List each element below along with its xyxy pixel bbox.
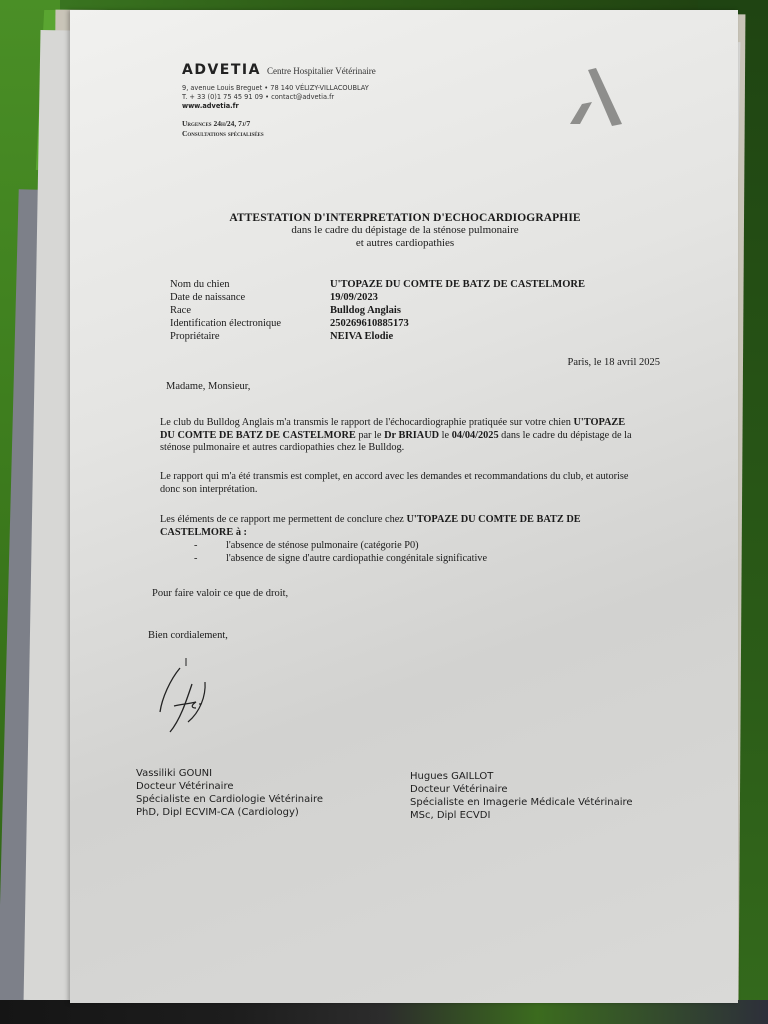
greeting: Madame, Monsieur, xyxy=(166,381,250,392)
handwritten-signature xyxy=(150,650,260,740)
info-label: Date de naissance xyxy=(170,291,330,304)
list-item: - l'absence de sténose pulmonaire (catég… xyxy=(194,540,487,553)
info-label: Nom du chien xyxy=(170,278,330,291)
closing-greeting: Bien cordialement, xyxy=(148,630,228,641)
info-label: Identification électronique xyxy=(170,317,330,330)
website: www.advetia.fr xyxy=(182,102,376,111)
conclusion-text: l'absence de sténose pulmonaire (catégor… xyxy=(226,540,419,553)
exam-date: 04/04/2025 xyxy=(452,430,499,441)
text: le xyxy=(439,430,452,441)
brand-name: ADVETIA xyxy=(182,62,261,78)
info-row-birthdate: Date de naissance 19/09/2023 xyxy=(170,291,585,304)
bullet-dash: - xyxy=(194,553,226,566)
title-main: ATTESTATION D'INTERPRETATION D'ECHOCARDI… xyxy=(160,212,650,224)
text: Les éléments de ce rapport me permettent… xyxy=(160,514,406,525)
signer-credentials: MSc, Dipl ECVDI xyxy=(410,809,633,822)
info-row-id: Identification électronique 250269610885… xyxy=(170,317,585,330)
info-row-breed: Race Bulldog Anglais xyxy=(170,304,585,317)
title-line-3: et autres cardiopathies xyxy=(160,237,650,250)
info-value: U'TOPAZE DU COMTE DE BATZ DE CASTELMORE xyxy=(330,278,585,291)
address: 9, avenue Louis Breguet • 78 140 VÉLIZY-… xyxy=(182,84,376,93)
letterhead: ADVETIA Centre Hospitalier Vétérinaire 9… xyxy=(182,62,376,139)
text: à : xyxy=(233,527,247,538)
info-value: 250269610885173 xyxy=(330,317,409,330)
paragraph-3: Les éléments de ce rapport me permettent… xyxy=(160,514,640,539)
brand-subtitle: Centre Hospitalier Vétérinaire xyxy=(267,66,376,76)
bullet-dash: - xyxy=(194,540,226,553)
advetia-logo-icon xyxy=(566,66,626,128)
signer-credentials: PhD, Dipl ECVIM-CA (Cardiology) xyxy=(136,806,323,819)
background-bottom-strip xyxy=(0,1000,768,1024)
list-item: - l'absence de signe d'autre cardiopathi… xyxy=(194,553,487,566)
document-title: ATTESTATION D'INTERPRETATION D'ECHOCARDI… xyxy=(160,212,650,250)
doctor-name: Dr BRIAUD xyxy=(384,430,439,441)
contact: T. + 33 (0)1 75 45 91 09 • contact@advet… xyxy=(182,93,376,102)
info-label: Propriétaire xyxy=(170,330,330,343)
dog-info-table: Nom du chien U'TOPAZE DU COMTE DE BATZ D… xyxy=(170,278,585,343)
title-line-2: dans le cadre du dépistage de la sténose… xyxy=(160,224,650,237)
info-value: NEIVA Elodie xyxy=(330,330,393,343)
text: Le club du Bulldog Anglais m'a transmis … xyxy=(160,417,573,428)
text: par le xyxy=(356,430,384,441)
signer-title: Docteur Vétérinaire xyxy=(136,780,323,793)
consultations: Consultations spécialisées xyxy=(182,129,376,139)
signer-title: Docteur Vétérinaire xyxy=(410,783,633,796)
urgences: Urgences 24h/24, 7j/7 xyxy=(182,119,376,129)
info-row-owner: Propriétaire NEIVA Elodie xyxy=(170,330,585,343)
signer-imaging: Hugues GAILLOT Docteur Vétérinaire Spéci… xyxy=(410,770,633,822)
signer-name: Vassiliki GOUNI xyxy=(136,767,323,780)
signer-cardiologist: Vassiliki GOUNI Docteur Vétérinaire Spéc… xyxy=(136,767,323,819)
paragraph-1: Le club du Bulldog Anglais m'a transmis … xyxy=(160,417,640,455)
conclusion-text: l'absence de signe d'autre cardiopathie … xyxy=(226,553,487,566)
info-value: Bulldog Anglais xyxy=(330,304,401,317)
document-page: ADVETIA Centre Hospitalier Vétérinaire 9… xyxy=(70,10,738,1003)
info-label: Race xyxy=(170,304,330,317)
date-line: Paris, le 18 avril 2025 xyxy=(568,357,660,368)
info-row-name: Nom du chien U'TOPAZE DU COMTE DE BATZ D… xyxy=(170,278,585,291)
closing-formula: Pour faire valoir ce que de droit, xyxy=(152,588,288,599)
signer-specialty: Spécialiste en Cardiologie Vétérinaire xyxy=(136,793,323,806)
signer-specialty: Spécialiste en Imagerie Médicale Vétérin… xyxy=(410,796,633,809)
paragraph-2: Le rapport qui m'a été transmis est comp… xyxy=(160,471,640,496)
conclusions-list: - l'absence de sténose pulmonaire (catég… xyxy=(194,540,487,565)
signer-name: Hugues GAILLOT xyxy=(410,770,633,783)
info-value: 19/09/2023 xyxy=(330,291,378,304)
